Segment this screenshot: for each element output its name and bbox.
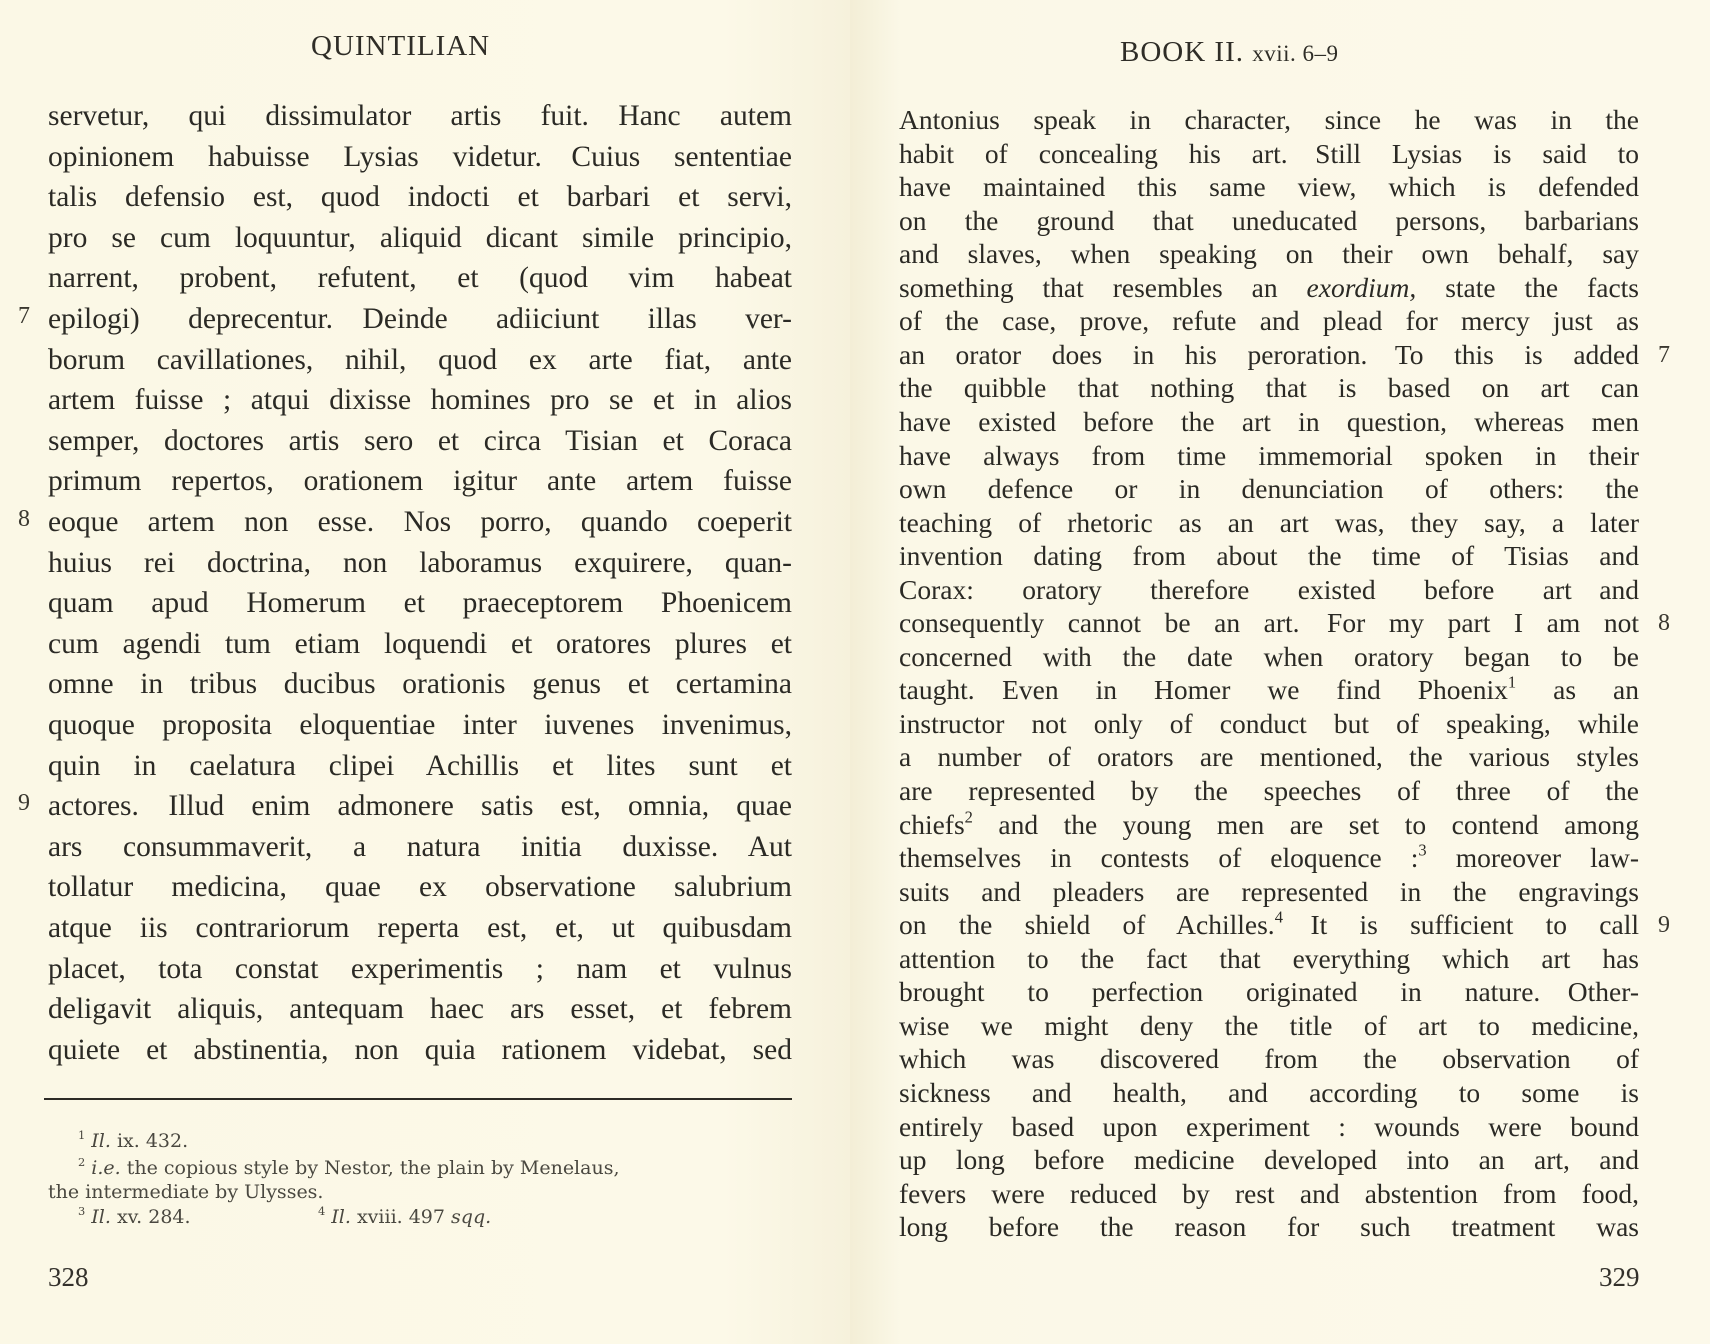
page-number-left: 328 <box>48 1262 89 1293</box>
text-line: Antonius speak in character, since he wa… <box>899 103 1639 137</box>
text-line: own defence or in denunciation of others… <box>899 472 1639 506</box>
text-line: fevers were reduced by rest and abstenti… <box>899 1177 1639 1211</box>
section-number: 9 <box>18 790 30 817</box>
text-line: semper, doctores artis sero et circa Tis… <box>48 421 792 461</box>
text-line: themselves in contests of eloquence :3 m… <box>899 841 1639 875</box>
footnote-reference: 4 <box>1275 908 1283 927</box>
text-line: primum repertos, orationem igitur ante a… <box>48 461 792 501</box>
footnote-rule <box>44 1098 792 1100</box>
text-line: habit of concealing his art. Still Lysia… <box>899 137 1639 171</box>
footnote: 2 i.e. the copious style by Nestor, the … <box>78 1157 620 1179</box>
text-line: on the shield of Achilles.4 It is suffic… <box>899 908 1639 942</box>
text-line: quin in caelatura clipei Achillis et lit… <box>48 746 792 786</box>
text-line: Corax: oratory therefore existed before … <box>899 573 1639 607</box>
text-line: concerned with the date when oratory beg… <box>899 640 1639 674</box>
text-line: which was discovered from the observatio… <box>899 1042 1639 1076</box>
text-line: chiefs2 and the young men are set to con… <box>899 808 1639 842</box>
section-number: 7 <box>1658 342 1670 369</box>
running-head-chapter: xvii. 6–9 <box>1252 41 1338 66</box>
text-line: ars consummaverit, a natura initia duxis… <box>48 827 792 867</box>
text-line: quiete et abstinentia, non quia rationem… <box>48 1030 792 1070</box>
text-line: invention dating from about the time of … <box>899 539 1639 573</box>
section-number: 8 <box>18 506 30 533</box>
text-line: deligavit aliquis, antequam haec ars ess… <box>48 989 792 1029</box>
footnote-reference: 1 <box>1508 673 1516 692</box>
text-line: something that resembles an exordium, st… <box>899 271 1639 305</box>
text-line: borum cavillationes, nihil, quod ex arte… <box>48 340 792 380</box>
text-line: instructor not only of conduct but of sp… <box>899 707 1639 741</box>
text-line: long before the reason for such treatmen… <box>899 1210 1639 1244</box>
right-page: BOOK II. xvii. 6–9 Antonius speak in cha… <box>850 0 1710 1344</box>
text-line: entirely based upon experiment : wounds … <box>899 1110 1639 1144</box>
text-line: servetur, qui dissimulator artis fuit. H… <box>48 96 792 136</box>
text-line: of the case, prove, refute and plead for… <box>899 304 1639 338</box>
footnote-reference: 2 <box>965 807 973 826</box>
text-line: huius rei doctrina, non laboramus exquir… <box>48 543 792 583</box>
text-line: talis defensio est, quod indocti et barb… <box>48 177 792 217</box>
text-line: placet, tota constat experimentis ; nam … <box>48 949 792 989</box>
section-number: 7 <box>18 303 30 330</box>
text-line: opinionem habuisse Lysias videtur. Cuius… <box>48 137 792 177</box>
text-line: suits and pleaders are represented in th… <box>899 875 1639 909</box>
section-number: 9 <box>1658 912 1670 939</box>
text-line: an orator does in his peroration. To thi… <box>899 338 1639 372</box>
text-line: cum agendi tum etiam loquendi et oratore… <box>48 624 792 664</box>
running-head-left: QUINTILIAN <box>311 30 490 63</box>
text-line: actores. Illud enim admonere satis est, … <box>48 786 792 826</box>
footnote: 3 Il. xv. 284. <box>78 1206 191 1228</box>
text-line: teaching of rhetoric as an art was, they… <box>899 506 1639 540</box>
text-line: have always from time immemorial spoken … <box>899 439 1639 473</box>
text-line: atque iis contrariorum reperta est, et, … <box>48 908 792 948</box>
text-line: omne in tribus ducibus orationis genus e… <box>48 664 792 704</box>
footnote: 1 Il. ix. 432. <box>78 1130 188 1152</box>
left-page: QUINTILIAN servetur, qui dissimulator ar… <box>0 0 850 1344</box>
text-line: artem fuisse ; atqui dixisse homines pro… <box>48 380 792 420</box>
text-line: tollatur medicina, quae ex observatione … <box>48 867 792 907</box>
text-line: have maintained this same view, which is… <box>899 170 1639 204</box>
text-line: attention to the fact that everything wh… <box>899 942 1639 976</box>
text-line: sickness and health, and according to so… <box>899 1076 1639 1110</box>
footnote: 4 Il. xviii. 497 sqq. <box>318 1206 491 1228</box>
text-line: eoque artem non esse. Nos porro, quando … <box>48 502 792 542</box>
text-line: are represented by the speeches of three… <box>899 774 1639 808</box>
text-line: narrent, probent, refutent, et (quod vim… <box>48 258 792 298</box>
text-line: pro se cum loquuntur, aliquid dicant sim… <box>48 218 792 258</box>
text-line: quoque proposita eloquentiae inter iuven… <box>48 705 792 745</box>
page-number-right: 329 <box>1599 1262 1640 1293</box>
text-line: quam apud Homerum et praeceptorem Phoeni… <box>48 583 792 623</box>
text-line: epilogi) deprecentur. Deinde adiiciunt i… <box>48 299 792 339</box>
text-line: taught. Even in Homer we find Phoenix1 a… <box>899 673 1639 707</box>
text-line: up long before medicine developed into a… <box>899 1143 1639 1177</box>
text-line: have existed before the art in question,… <box>899 405 1639 439</box>
running-head-book: BOOK II. <box>1120 36 1244 68</box>
text-line: a number of orators are mentioned, the v… <box>899 740 1639 774</box>
text-line: and slaves, when speaking on their own b… <box>899 237 1639 271</box>
text-line: on the ground that uneducated persons, b… <box>899 204 1639 238</box>
text-line: the quibble that nothing that is based o… <box>899 371 1639 405</box>
footnote-reference: 3 <box>1418 841 1426 860</box>
text-line: brought to perfection originated in natu… <box>899 975 1639 1009</box>
running-head-right: BOOK II. xvii. 6–9 <box>1120 36 1339 69</box>
footnote: the intermediate by Ulysses. <box>48 1181 323 1203</box>
text-line: consequently cannot be an art. For my pa… <box>899 606 1639 640</box>
text-line: wise we might deny the title of art to m… <box>899 1009 1639 1043</box>
section-number: 8 <box>1658 610 1670 637</box>
